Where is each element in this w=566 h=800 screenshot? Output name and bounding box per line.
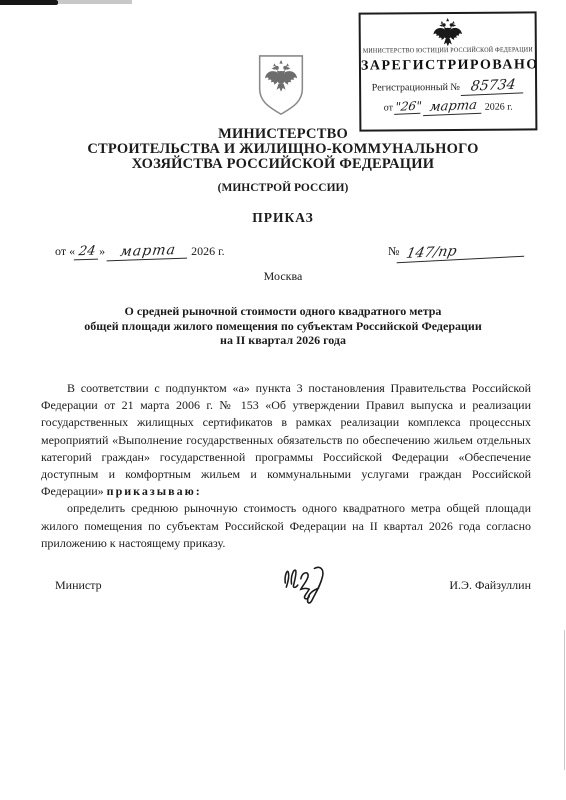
stamp-date-month-handwritten: марта xyxy=(423,98,483,116)
document-page: МИНИСТЕРСТВО ЮСТИЦИИ РОССИЙСКОЙ ФЕДЕРАЦИ… xyxy=(0,0,566,800)
stamp-registration-number-line: Регистрационный № 85734 xyxy=(361,77,535,95)
scan-artifact-edge-line xyxy=(564,630,565,770)
order-body: В соответствии с подпунктом «а» пункта 3… xyxy=(41,380,531,552)
signatory-role: Министр xyxy=(55,578,102,593)
ministry-name-line: МИНИСТЕРСТВО xyxy=(0,127,566,142)
stamp-agency-line: МИНИСТЕРСТВО ЮСТИЦИИ РОССИЙСКОЙ ФЕДЕРАЦИ… xyxy=(361,47,535,55)
ministry-short-name: (МИНСТРОЙ РОССИИ) xyxy=(0,182,566,194)
justice-registration-stamp: МИНИСТЕРСТВО ЮСТИЦИИ РОССИЙСКОЙ ФЕДЕРАЦИ… xyxy=(359,11,538,131)
stamp-date-year: 2026 г. xyxy=(485,102,513,113)
stamp-date-line: от "26" марта 2026 г. xyxy=(361,98,535,115)
order-title-line: на II квартал 2026 года xyxy=(38,333,528,348)
body-paragraph-text: В соответствии с подпунктом «а» пункта 3… xyxy=(41,381,531,498)
stamp-reg-label: Регистрационный № xyxy=(372,82,460,94)
signatory-name: И.Э. Файзуллин xyxy=(449,578,531,593)
date-close: » xyxy=(99,244,105,258)
order-number: №147/пр xyxy=(388,243,525,260)
minstroy-coat-of-arms-icon xyxy=(253,54,309,118)
ministry-header: МИНИСТЕРСТВО СТРОИТЕЛЬСТВА И ЖИЛИЩНО-КОМ… xyxy=(0,127,566,226)
stamp-reg-number-handwritten: 85734 xyxy=(461,76,526,96)
date-year: 2026 г. xyxy=(191,244,225,258)
scan-artifact-smudge xyxy=(58,0,132,4)
order-date: от «24» марта 2026 г. xyxy=(55,243,225,260)
handwritten-signature xyxy=(278,556,330,612)
body-paragraph: определить среднюю рыночную стоимость од… xyxy=(41,500,531,552)
order-title-line: общей площади жилого помещения по субъек… xyxy=(38,319,528,334)
order-title: О средней рыночной стоимости одного квад… xyxy=(38,304,528,348)
date-day-handwritten: 24 xyxy=(74,244,100,261)
double-headed-eagle-icon xyxy=(361,16,535,47)
scan-artifact-smudge xyxy=(0,0,58,5)
number-value-handwritten: 147/пр xyxy=(397,240,528,264)
city-label: Москва xyxy=(0,269,566,284)
date-month-handwritten: марта xyxy=(107,242,190,262)
order-keyword: приказываю: xyxy=(107,484,202,498)
date-prefix: от « xyxy=(55,244,75,258)
document-type-heading: ПРИКАЗ xyxy=(0,210,566,226)
stamp-date-day-handwritten: "26" xyxy=(394,99,422,115)
ministry-name-line: СТРОИТЕЛЬСТВА И ЖИЛИЩНО-КОММУНАЛЬНОГО xyxy=(0,142,566,157)
order-title-line: О средней рыночной стоимости одного квад… xyxy=(38,304,528,319)
ministry-name-line: ХОЗЯЙСТВА РОССИЙСКОЙ ФЕДЕРАЦИИ xyxy=(0,157,566,172)
stamp-registered-label: ЗАРЕГИСТРИРОВАНО xyxy=(361,57,535,74)
stamp-date-prefix: от xyxy=(384,102,393,113)
body-paragraph: В соответствии с подпунктом «а» пункта 3… xyxy=(41,380,531,500)
